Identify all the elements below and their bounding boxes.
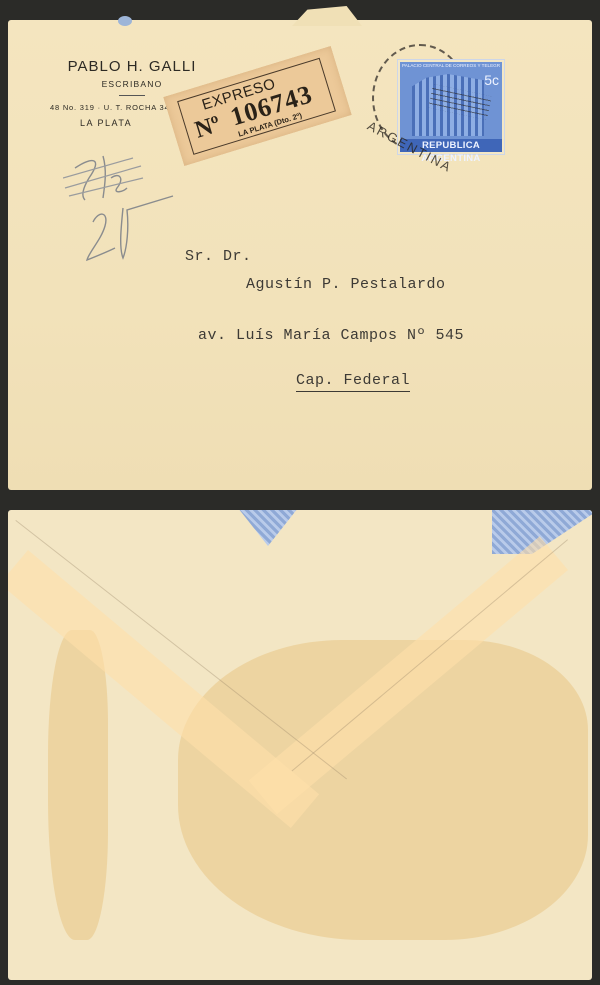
envelope-back	[8, 510, 592, 980]
recipient-salutation: Sr. Dr.	[185, 248, 252, 265]
torn-flap	[292, 6, 362, 26]
recipient-name: Agustín P. Pestalardo	[246, 276, 446, 293]
recipient-city: Cap. Federal	[296, 372, 410, 392]
glue-stain-left	[48, 630, 108, 940]
blue-lining-fragment	[118, 16, 132, 26]
sender-divider	[119, 95, 145, 96]
blue-lining-notch	[238, 510, 298, 546]
sender-name: PABLO H. GALLI	[52, 58, 212, 75]
sender-title: ESCRIBANO	[52, 79, 212, 89]
pencil-annotation	[63, 148, 183, 268]
stamp-caption: PALACIO CENTRAL DE CORREOS Y TELEGRAFOS	[402, 63, 500, 71]
express-no-symbol: Nº	[192, 111, 224, 144]
recipient-street: av. Luís María Campos Nº 545	[198, 327, 464, 344]
stamp-value: 5c	[484, 72, 499, 88]
